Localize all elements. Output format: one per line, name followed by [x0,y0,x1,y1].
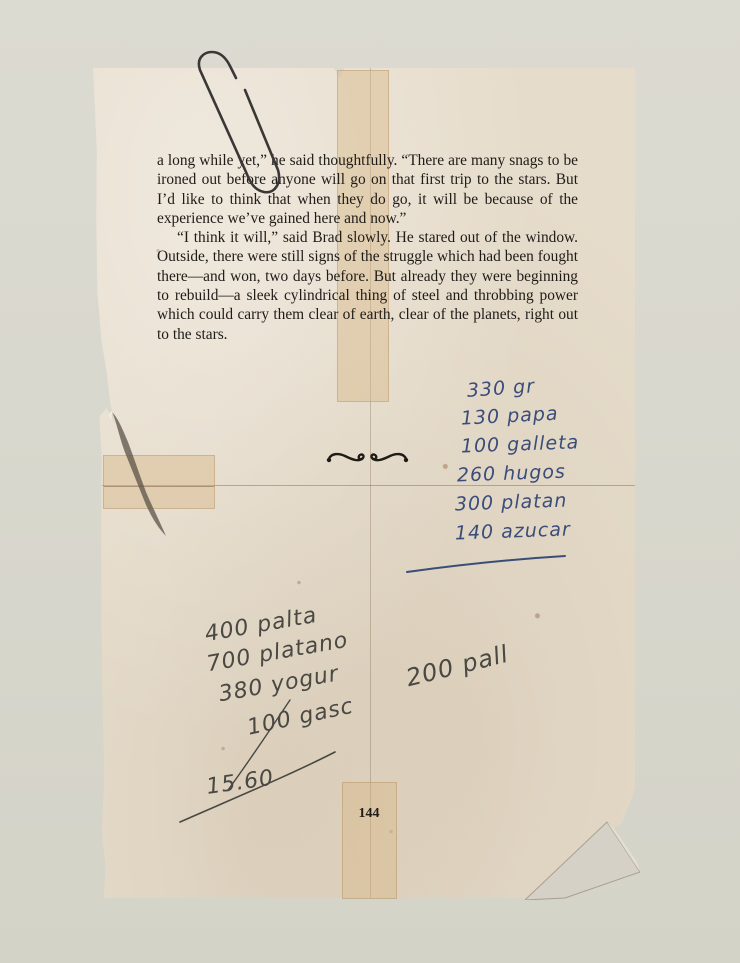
blue-ink-grocery-list: 330 gr 130 papa 100 galleta 260 hugos 30… [455,375,595,549]
list-item: 140 azucar [455,518,596,552]
paperclip-icon [190,50,290,200]
tear-crack [104,410,174,540]
folded-corner [525,810,640,900]
pencil-grocery-list: 400 palta 700 platano 380 yogur 100 gasc… [200,605,400,755]
paragraph-2: “I think it will,” said Brad slowly. He … [157,228,578,344]
scroll-ornament-icon [325,447,410,469]
page-number: 144 [344,806,394,822]
tape-strip-bottom [342,782,397,899]
